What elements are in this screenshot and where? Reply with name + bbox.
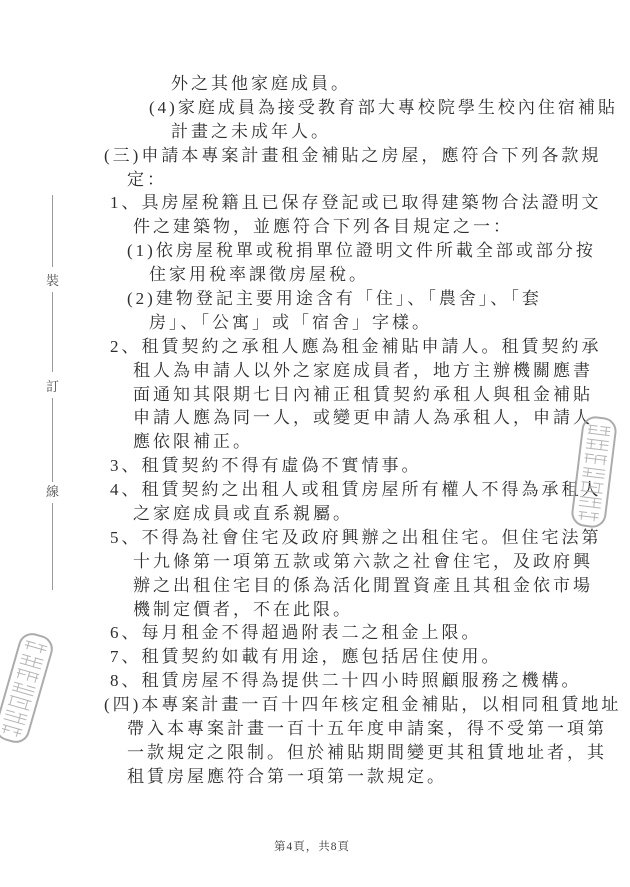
text-line: 外之其他家庭成員。: [0, 72, 630, 96]
text-line: 住家用稅率課徵房屋稅。: [0, 263, 630, 287]
text-line: 租人為申請人以外之家庭成員者，地方主辦機關應書: [0, 359, 630, 383]
text-line: 十九條第一項第五款或第六款之社會住宅，及政府興: [0, 550, 630, 574]
text-line: 帶入本專案計畫一百十五年度申請案，得不受第一項第: [0, 717, 630, 741]
text-line: (四)本專案計畫一百十四年核定租金補貼，以相同租賃地址: [0, 693, 630, 717]
text-line: 7、租賃契約如載有用途，應包括居住使用。: [0, 645, 630, 669]
text-line: 3、租賃契約不得有虛偽不實情事。: [0, 454, 630, 478]
text-line: 之家庭成員或直系親屬。: [0, 502, 630, 526]
text-line: 5、不得為社會住宅及政府興辦之出租住宅。但住宅法第: [0, 526, 630, 550]
text-line: 件之建築物，並應符合下列各目規定之一：: [0, 215, 630, 239]
text-line: 1、具房屋稅籍且已保存登記或已取得建築物合法證明文: [0, 191, 630, 215]
text-line: 租賃房屋應符合第一項第一款規定。: [0, 765, 630, 789]
text-line: 一款規定之限制。但於補貼期間變更其租賃地址者，其: [0, 741, 630, 765]
text-line: 辦之出租住宅目的係為活化閒置資產且其租金依市場: [0, 574, 630, 598]
text-line: 面通知其限期七日內補正租賃契約承租人與租金補貼: [0, 383, 630, 407]
text-line: 定：: [0, 168, 630, 192]
text-line: (2)建物登記主要用途含有「住」、「農舍」、「套: [0, 287, 630, 311]
text-line: 機制定價者，不在此限。: [0, 598, 630, 622]
page-number: 第4頁，共8頁: [0, 838, 624, 854]
document-lines: 外之其他家庭成員。(4)家庭成員為接受教育部大專校院學生校內住宿補貼計畫之未成年…: [0, 72, 630, 789]
text-line: 申請人應為同一人，或變更申請人為承租人，申請人: [0, 406, 630, 430]
text-line: 計畫之未成年人。: [0, 120, 630, 144]
text-line: 2、租賃契約之承租人應為租金補貼申請人。租賃契約承: [0, 335, 630, 359]
text-line: (4)家庭成員為接受教育部大專校院學生校內住宿補貼: [0, 96, 630, 120]
document-page: 裝 訂 線 外之其他家庭成員。(4)家庭成員為接受教育部大專校院學生校內住宿補貼…: [0, 0, 630, 887]
text-line: (1)依房屋稅單或稅捐單位證明文件所載全部或部分按: [0, 239, 630, 263]
text-line: 4、租賃契約之出租人或租賃房屋所有權人不得為承租人: [0, 478, 630, 502]
text-line: 房」、「公寓」或「宿舍」字樣。: [0, 311, 630, 335]
text-line: 8、租賃房屋不得為提供二十四小時照顧服務之機構。: [0, 669, 630, 693]
text-line: 6、每月租金不得超過附表二之租金上限。: [0, 621, 630, 645]
text-line: (三)申請本專案計畫租金補貼之房屋，應符合下列各款規: [0, 144, 630, 168]
text-line: 應依限補正。: [0, 430, 630, 454]
